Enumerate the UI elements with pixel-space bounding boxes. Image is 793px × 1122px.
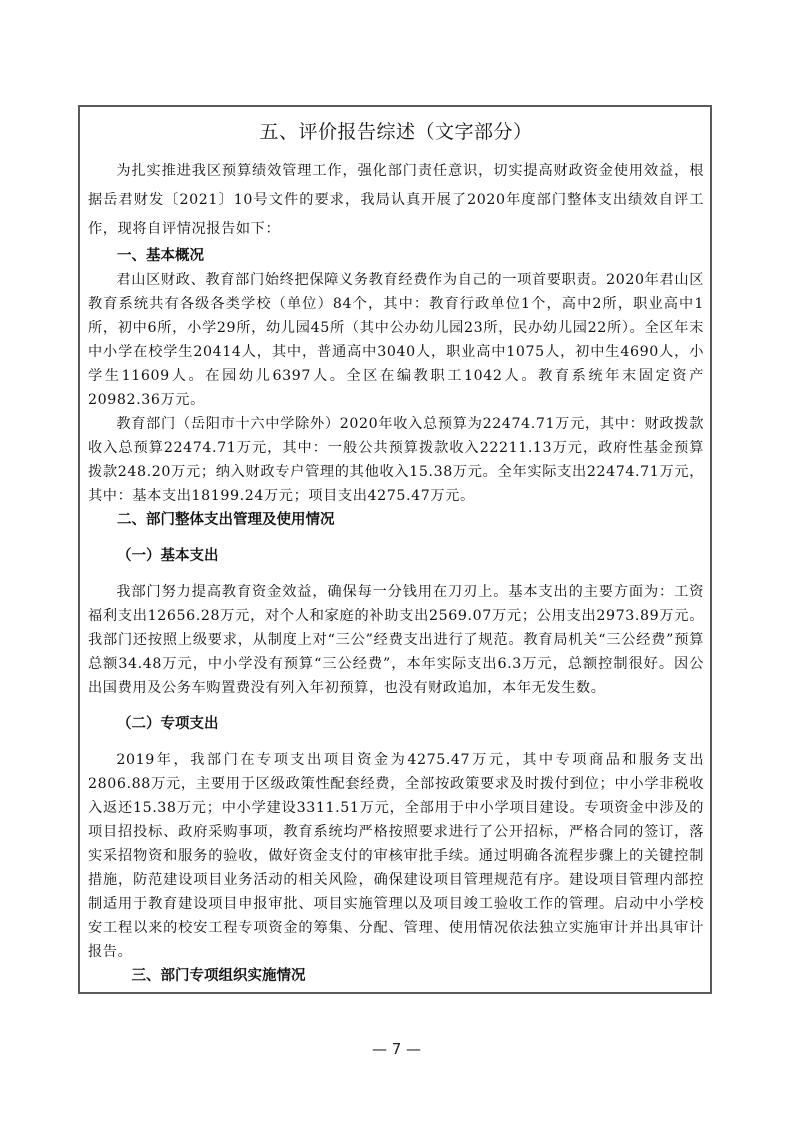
subsection-heading-basic-expenditure: （一）基本支出 [88,544,704,568]
subsection-heading-special-expenditure: （二）专项支出 [88,712,704,736]
basic-expenditure-paragraph: 我部门努力提高教育资金效益，确保每一分钱用在刀刃上。基本支出的主要方面为：工资福… [88,580,704,700]
spacer [88,532,704,544]
overview-paragraph-budget: 教育部门（岳阳市十六中学除外）2020年收入总预算为22474.71万元，其中：… [88,412,704,508]
section-heading-special-implementation: 三、部门专项组织实施情况 [88,964,704,988]
intro-paragraph: 为扎实推进我区预算绩效管理工作，强化部门责任意识，切实提高财政资金使用效益，根据… [88,157,704,244]
spacer [88,736,704,748]
overview-paragraph-schools: 君山区财政、教育部门始终把保障义务教育经费作为自己的一项首要职责。2020年君山… [88,268,704,412]
spacer [88,700,704,712]
section-heading-basic-overview: 一、基本概况 [88,244,704,268]
special-expenditure-paragraph: 2019年，我部门在专项支出项目资金为4275.47万元，其中专项商品和服务支出… [88,748,704,964]
document-body: 五、评价报告综述（文字部分） 为扎实推进我区预算绩效管理工作，强化部门责任意识，… [88,115,704,988]
spacer [88,568,704,580]
section-heading-expenditure-management: 二、部门整体支出管理及使用情况 [88,508,704,532]
page-number: — 7 — [0,1040,793,1058]
page-title: 五、评价报告综述（文字部分） [88,115,704,149]
